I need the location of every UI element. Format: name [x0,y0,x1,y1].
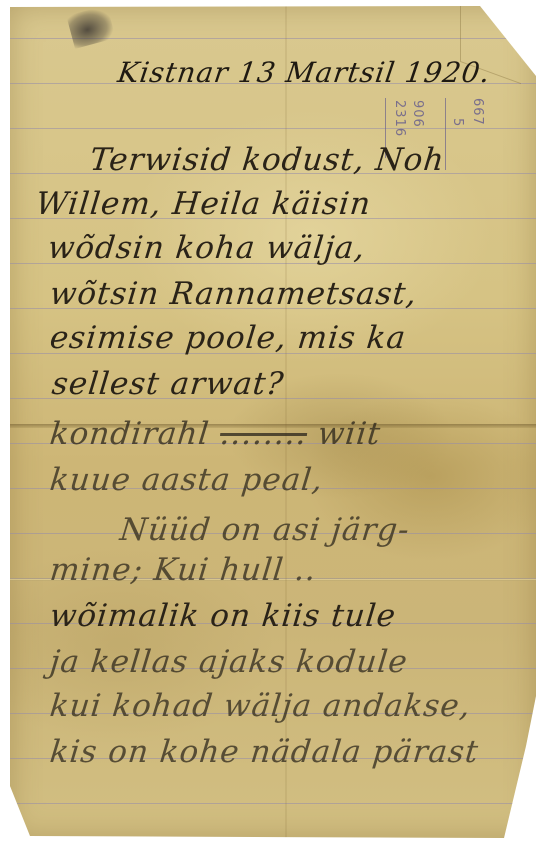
letter-line-10: mine; Kui hull .. [48,552,318,588]
archive-number: 906 [410,100,425,128]
letter-line-7-struck: kondirahl ........ wiit [48,416,383,452]
letter-line-5: esimise poole, mis ka [48,320,408,356]
letter-line-12: ja kellas ajaks kodule [48,644,410,680]
struck-suffix: wiit [316,416,383,452]
letter-line-8: kuue aasta peal, [48,462,325,498]
struck-prefix: kondirahl [48,416,211,452]
crossed-out-word: ........ [218,416,309,452]
archive-number: 667 [470,98,485,126]
ink-smudge [66,5,115,49]
letter-line-6: sellest arwat? [50,366,286,402]
letter-line-3: wõdsin koha wälja, [46,230,367,266]
letter-line-14: kis on kohe nädala pärast [48,734,480,770]
letter-line-4: wõtsin Rannametsast, [48,276,419,312]
letter-line-11: wõimalik on kiis tule [48,598,398,634]
pencil-divider [445,98,446,170]
letter-line-1: Terwisid kodust, Noh [88,142,446,178]
ruled-line [10,803,536,804]
letter-page: 2316 906 5 667 Kistnar 13 Martsil 1920. … [10,6,536,838]
letter-line-2: Willem, Heila käisin [34,186,373,222]
archive-number: 2316 [392,100,407,137]
letter-date-line: Kistnar 13 Martsil 1920. [116,56,493,89]
letter-line-9: Nüüd on asi järg- [118,512,411,548]
archive-number: 5 [450,118,465,127]
letter-line-13: kui kohad wälja andakse, [48,688,472,724]
